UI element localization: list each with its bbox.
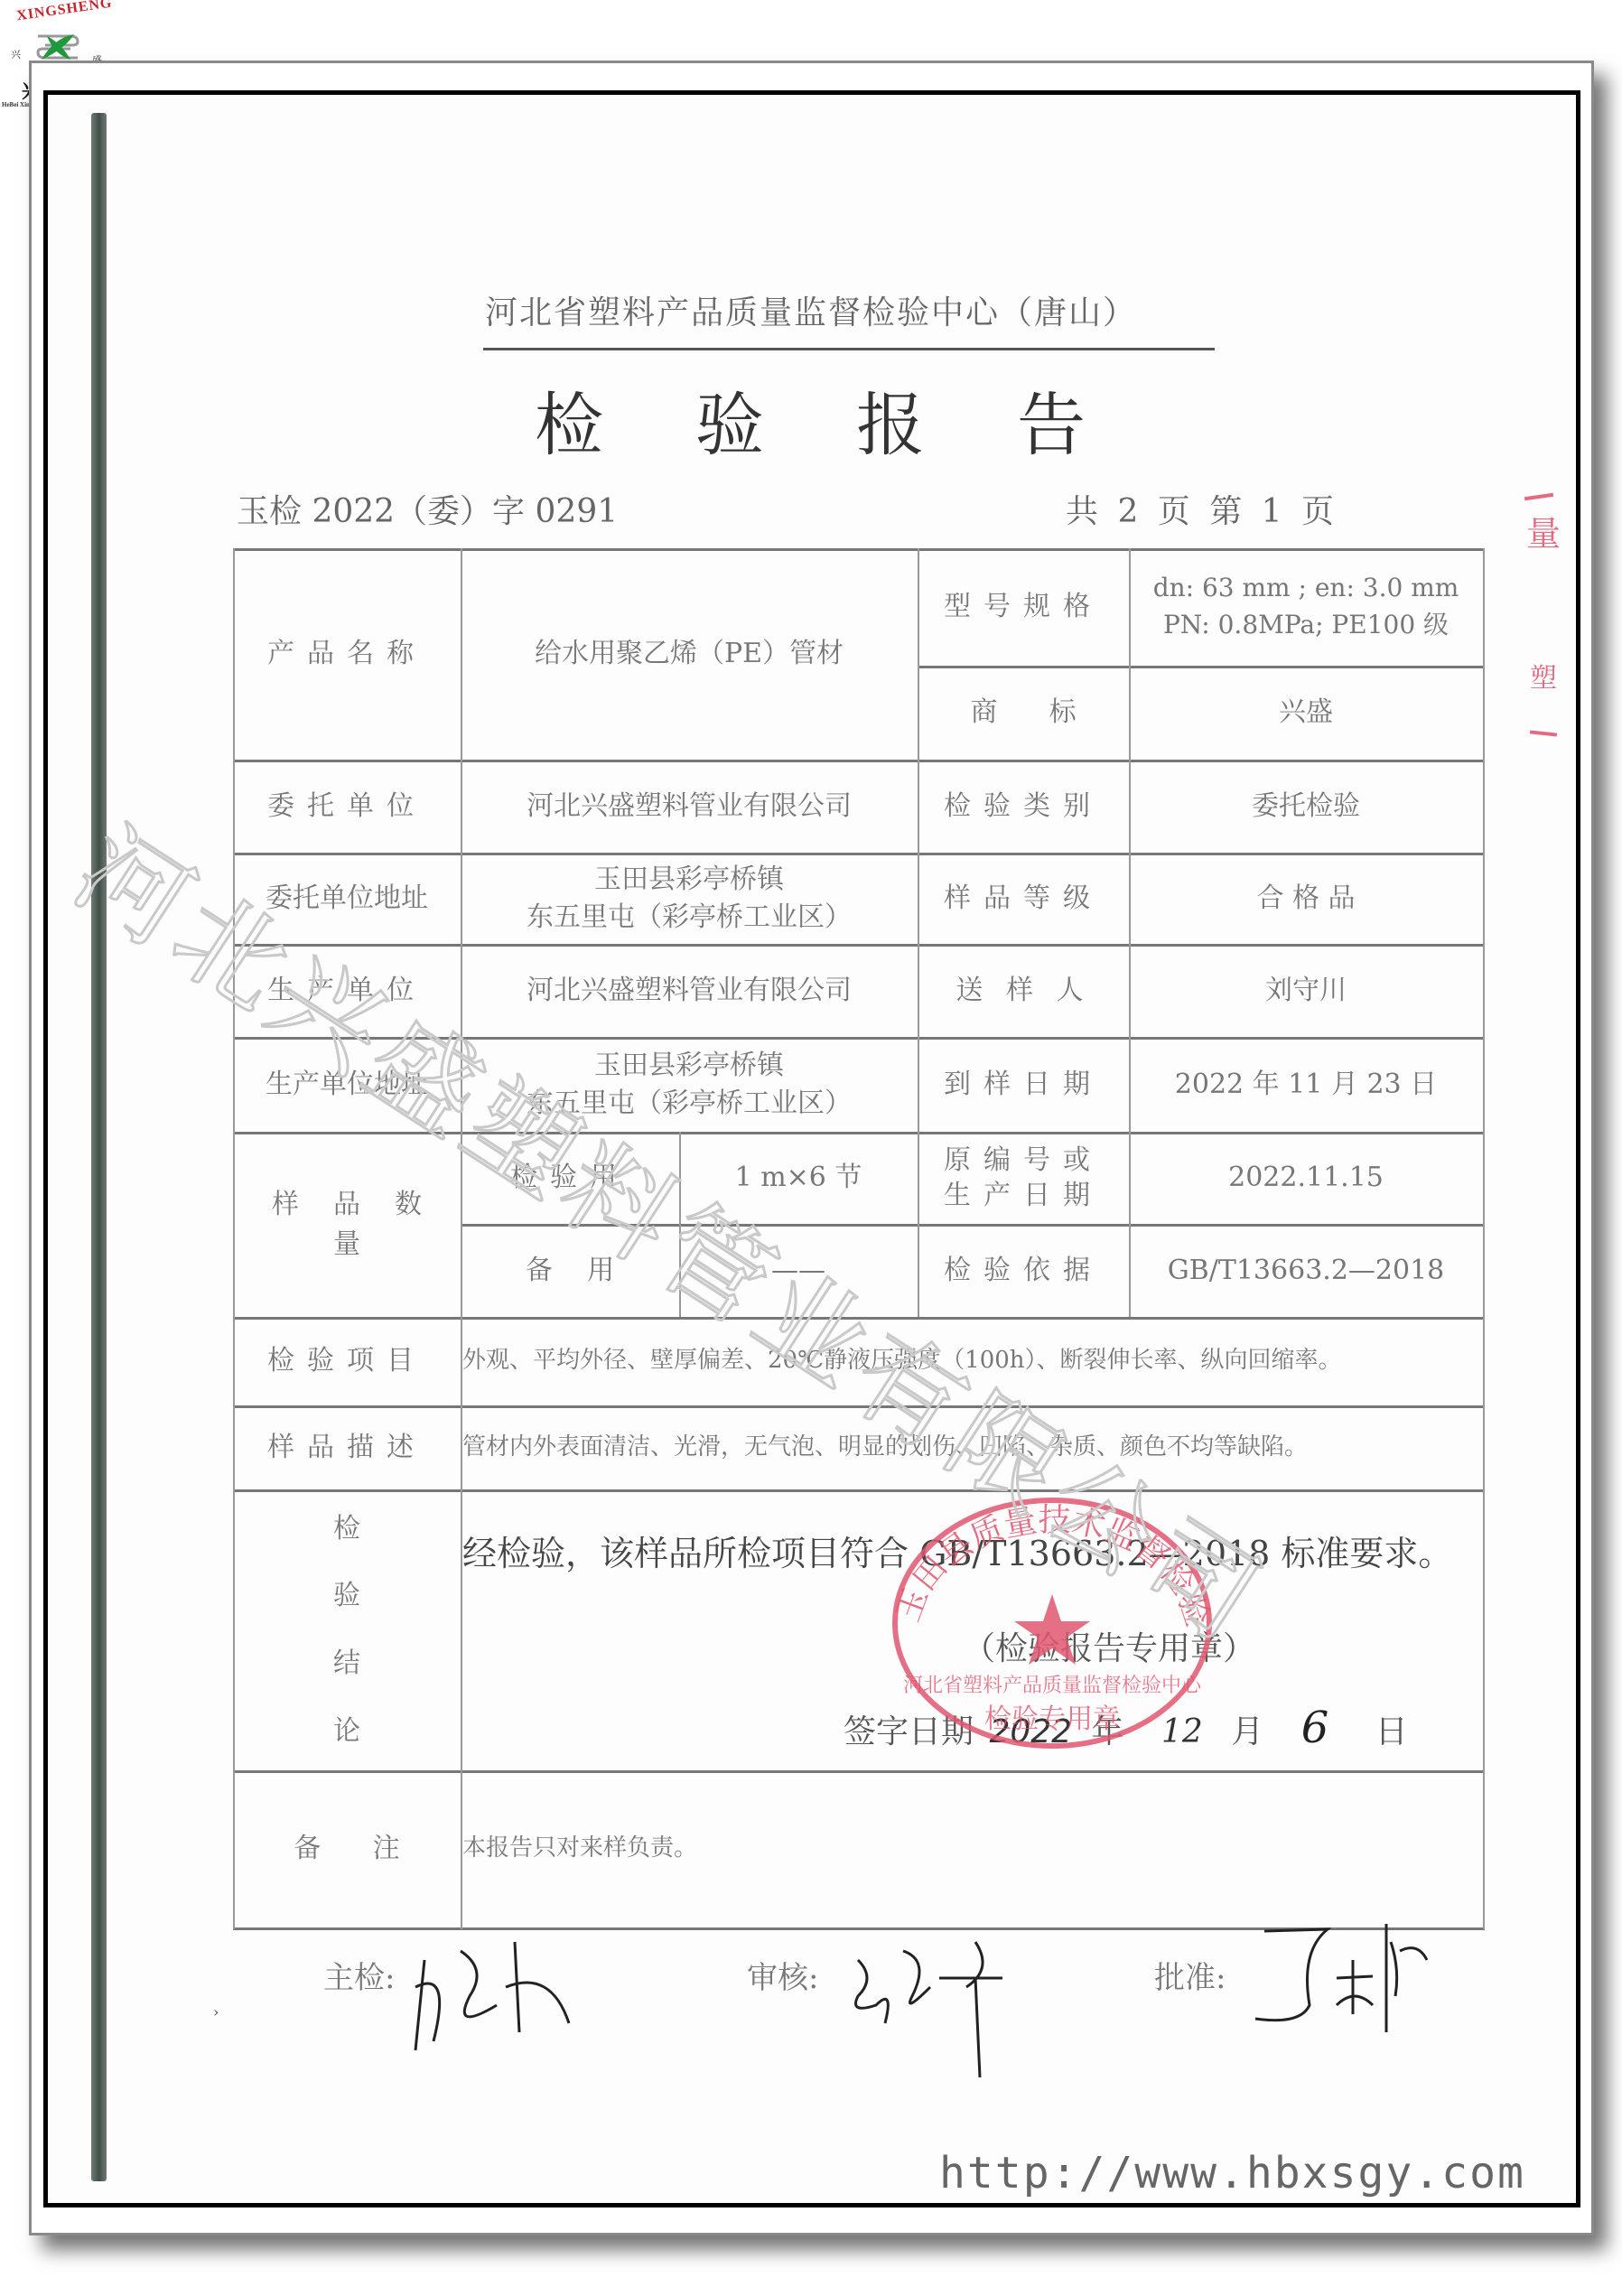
client-address-value: 玉田县彩亭桥镇 东五里屯（彩亭桥工业区）: [461, 853, 918, 944]
client-value: 河北兴盛塑料管业有限公司: [461, 760, 918, 853]
original-no-label-2: 生产日期: [944, 1178, 1103, 1213]
model-spec-label: 型号规格: [918, 548, 1129, 666]
trademark-label: 商 标: [918, 666, 1129, 760]
original-no-value: 2022.11.15: [1129, 1132, 1483, 1224]
footer-url[interactable]: http://www.hbxsgy.com: [939, 2148, 1525, 2198]
sender-label: 送 样 人: [918, 944, 1129, 1037]
header-divider: [483, 348, 1215, 350]
sign-day: 6: [1301, 1703, 1329, 1753]
conclusion-label-char: 检: [333, 1509, 360, 1549]
edge-seal-char: 量: [1526, 506, 1561, 555]
product-name-value: 给水用聚乙烯（PE）管材: [461, 548, 918, 760]
remarks-label: 备 注: [233, 1770, 461, 1927]
producer-address-line1: 玉田县彩亭桥镇: [594, 1047, 784, 1085]
inspector-label: 主检:: [323, 1953, 395, 1997]
conclusion-label-char: 验: [333, 1576, 360, 1616]
original-no-label-1: 原编号或: [944, 1143, 1103, 1178]
trademark-value: 兴盛: [1129, 666, 1483, 760]
inspection-table: 产品名称 给水用聚乙烯（PE）管材 型号规格 dn: 63 mm ; en: 3…: [233, 548, 1485, 1929]
report-title: 检验报告: [0, 370, 1622, 469]
logo-char-left: 兴: [11, 47, 21, 61]
items-label: 检验项目: [233, 1317, 461, 1405]
page-count: 共 2 页 第 1 页: [1066, 486, 1334, 532]
sign-month-unit: 月: [1231, 1713, 1263, 1750]
seal-bottom-text: 检验专用章: [984, 1703, 1120, 1735]
reviewer-signature: [840, 1933, 1030, 2077]
sample-quantity-label-2: 量: [333, 1225, 360, 1265]
approver-label: 批准:: [1154, 1953, 1226, 1997]
reviewer-label: 审核:: [747, 1953, 818, 1997]
conclusion-label-char: 论: [333, 1712, 360, 1751]
seal-inner-text: 河北省塑料产品质量监督检验中心: [903, 1675, 1202, 1697]
model-spec-value: dn: 63 mm ; en: 3.0 mm PN: 0.8MPa; PE100…: [1129, 548, 1483, 666]
producer-value: 河北兴盛塑料管业有限公司: [461, 944, 918, 1037]
client-address-line2: 东五里屯（彩亭桥工业区）: [527, 899, 852, 937]
client-label: 委托单位: [233, 760, 461, 853]
description-label: 样品描述: [233, 1405, 461, 1489]
logo-brand-text: XINGSHENG: [15, 0, 113, 24]
scan-speck: ›: [213, 2003, 219, 2021]
model-spec-line2: PN: 0.8MPa; PE100 级: [1163, 607, 1449, 644]
remarks-value: 本报告只对来样负责。: [461, 1770, 1483, 1927]
sender-value: 刘守川: [1129, 944, 1483, 1037]
approver-signature: [1246, 1924, 1454, 2041]
original-no-label: 原编号或 生产日期: [918, 1132, 1129, 1224]
sample-grade-label: 样品等级: [918, 853, 1129, 944]
edge-seal-fragment: 量 塑: [1519, 495, 1573, 739]
conclusion-label-char: 结: [333, 1644, 360, 1684]
issuing-organization: 河北省塑料产品质量监督检验中心（唐山）: [0, 287, 1622, 333]
inspection-type-value: 委托检验: [1129, 760, 1483, 853]
sign-day-unit: 日: [1375, 1713, 1408, 1750]
basis-value: GB/T13663.2—2018: [1129, 1224, 1483, 1317]
edge-seal-char: 塑: [1530, 656, 1557, 695]
pipe-leaf-icon: [34, 31, 81, 63]
report-number: 玉检 2022（委）字 0291: [237, 486, 618, 532]
conclusion-label: 检 验 结 论: [233, 1489, 461, 1770]
inspector-signature: [397, 1933, 605, 2059]
inspection-type-label: 检验类别: [918, 760, 1129, 853]
model-spec-line1: dn: 63 mm ; en: 3.0 mm: [1153, 570, 1459, 607]
arrival-date-label: 到样日期: [918, 1037, 1129, 1132]
client-address-line1: 玉田县彩亭桥镇: [594, 861, 784, 899]
sample-grade-value: 合 格 品: [1129, 853, 1483, 944]
arrival-date-value: 2022 年 11 月 23 日: [1129, 1037, 1483, 1132]
sample-quantity-label-1: 样 品 数: [272, 1185, 422, 1225]
basis-label: 检验依据: [918, 1224, 1129, 1317]
product-name-label: 产品名称: [233, 548, 461, 760]
